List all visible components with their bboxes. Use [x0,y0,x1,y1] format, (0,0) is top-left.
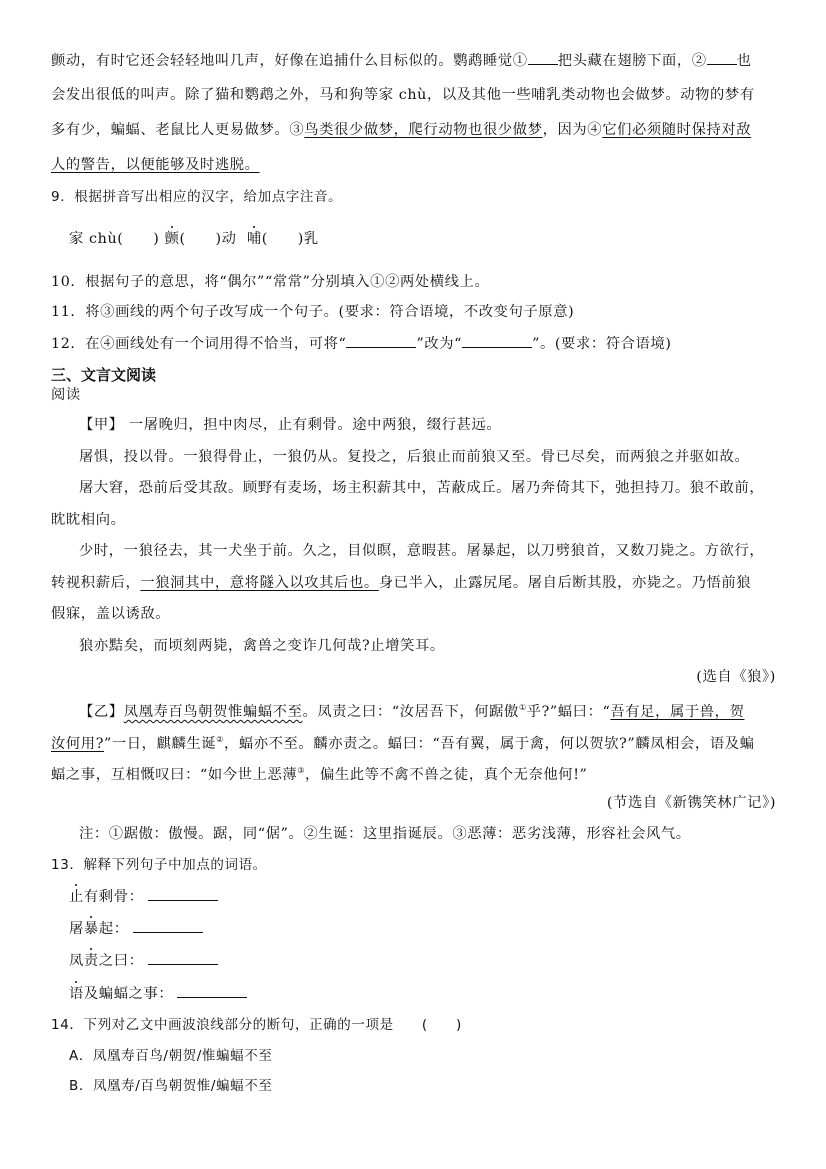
jia-paragraph-1: 【甲】 一屠晚归，担中肉尽，止有剩骨。途中两狼，缀行甚远。 [79,415,501,435]
text: 凤 [69,953,84,969]
dotted-char: 颤 [165,229,180,249]
jia-paragraph-4c: 假寐，盖以诱敌。 [51,604,170,624]
blank-replacement-word[interactable] [462,333,532,348]
question-14-option-a[interactable]: A．凤凰寿百鸟/朝贺/惟蝙蝠不至 [69,1046,272,1066]
question-12: 12．在④画线处有一个词用得不恰当，可将“”改为“”。(要求：符合语境) [51,333,672,354]
text: ”一日，麒麟生诞 [104,736,216,752]
text: ，因为④ [543,122,603,138]
passage-line-4: 人的警告，以便能够及时逃脱。 [51,155,260,175]
text: 颤动，有时它还会轻轻地叫几声，好像在追捕什么目标似的。鹦鹉睡觉① [51,53,528,69]
text: 也 [737,53,752,69]
answer-blank[interactable] [177,983,247,998]
answer-blank[interactable] [148,950,218,965]
text: 有剩骨： [84,889,144,905]
text: 【乙】 [79,704,124,720]
jia-paragraph-2: 屠惧，投以骨。一狼得骨止，一狼仍从。复投之，后狼止而前狼又至。骨已尽矣，而两狼之… [79,447,749,467]
text: 12．在④画线处有一个词用得不恰当，可将“ [51,336,346,352]
section-title: 三、文言文阅读 [51,365,156,385]
underlined-phrase: 吾有足，属于兽，贺 [610,704,744,720]
text: ，偏生此等不禽不兽之徒，真个无奈他何!” [305,767,587,783]
jia-source: (选自《狼》) [696,667,776,687]
text: 多有少，蝙蝠、老鼠比人更易做梦。③ [51,122,304,138]
dotted-char: 暴 [84,919,99,939]
jia-paragraph-4b: 转视积薪后，一狼洞其中，意将隧入以攻其后也。身已半入，止露尻尾。屠自后断其股，亦… [51,573,751,593]
text: 之曰： [99,953,144,969]
underlined-phrase: 汝何用? [51,736,104,752]
answer-blank[interactable] [133,918,203,933]
text: 乎?”蝠曰：“ [527,704,611,720]
blank-2[interactable] [707,50,737,65]
question-9-answers: 家 chù( ) 颤( )动 哺( )乳 [69,229,319,249]
answer-blank[interactable] [148,886,218,901]
dotted-char: 哺 [247,229,262,249]
blank-1[interactable] [528,50,558,65]
text: 把头藏在翅膀下面，② [558,53,707,69]
yi-line-1: 【乙】凤凰寿百鸟朝贺惟蝙蝠不至。凤责之曰：“汝居吾下，何踞傲①乎?”蝠曰：“吾有… [79,698,744,722]
text: 身已半入，止露尻尾。屠自后断其股，亦毙之。乃悟前狼 [379,575,751,591]
question-13-item-3: 凤责之曰： [69,950,218,971]
jia-paragraph-5: 狼亦黠矣，而顷刻两毙，禽兽之变诈几何哉?止增笑耳。 [79,636,445,656]
text: 转视积薪后， [51,575,140,591]
yi-line-2: 汝何用?”一日，麒麟生诞②，蝠亦不至。麟亦责之。蝠曰：“吾有翼，属于禽，何以贺欤… [51,730,755,754]
question-13-item-2: 屠暴起： [69,918,203,939]
passage-line-1: 颤动，有时它还会轻轻地叫几声，好像在追捕什么目标似的。鹦鹉睡觉①把头藏在翅膀下面… [51,50,752,71]
answer-slot-chan[interactable]: ( )动 [179,231,236,247]
text: 及蝙蝠之事： [84,986,173,1002]
question-10: 10．根据句子的意思，将“偶尔”“常常”分别填入①②两处横线上。 [51,272,489,292]
exam-page: 颤动，有时它还会轻轻地叫几声，好像在追捕什么目标似的。鹦鹉睡觉①把头藏在翅膀下面… [0,0,826,1169]
underlined-sentence-3: 鸟类很少做梦，爬行动物也很少做梦 [304,122,542,138]
question-13-item-4: 语及蝙蝠之事： [69,983,247,1004]
question-14-stem: 14．下列对乙文中画波浪线部分的断句，正确的一项是 ( ) [51,1015,462,1035]
question-11: 11．将③画线的两个句子改写成一个句子。(要求：符合语境，不改变句子原意) [51,302,574,322]
jia-paragraph-4a: 少时，一狼径去，其一犬坐于前。久之，目似瞑，意暇甚。屠暴起，以刀劈狼首，又数刀毙… [79,541,764,561]
wavy-underlined-phrase: 凤凰寿百鸟朝贺惟蝙蝠不至 [124,704,303,720]
yi-source: (节选自《新镌笑林广记》) [607,793,776,813]
text: 。凤责之曰：“汝居吾下，何踞傲 [302,704,518,720]
text: 蝠之事，互相慨叹曰：“如今世上恶薄 [51,767,297,783]
underlined-sentence-4: 它们必须随时保持对敌 [602,122,751,138]
underlined-sentence-4-cont: 人的警告，以便能够及时逃脱。 [51,157,260,173]
dotted-char: 止 [69,887,84,907]
text: ”。(要求：符合语境) [532,336,671,352]
question-13-item-1: 止有剩骨： [69,886,218,907]
jia-paragraph-3b: 眈眈相向。 [51,510,125,530]
question-14-option-b[interactable]: B．凤凰寿/百鸟朝贺惟/蝙蝠不至 [69,1076,272,1096]
blank-original-word[interactable] [346,333,416,348]
question-9-stem: 9．根据拼音写出相应的汉字，给加点字注音。 [51,187,342,207]
text: ，蝠亦不至。麟亦责之。蝠曰：“吾有翼，属于禽，何以贺欤?”麟凤相会，语及蝙 [224,736,755,752]
section-subtitle: 阅读 [51,385,81,405]
question-13-stem: 13．解释下列句子中加点的词语。 [51,855,267,875]
underlined-sentence: 一狼洞其中，意将隧入以攻其后也。 [140,575,378,591]
footnote-marker: ① [519,703,527,712]
passage-line-2: 会发出很低的叫声。除了猫和鹦鹉之外，马和狗等家 chù，以及其他一些哺乳类动物也… [51,85,755,105]
answer-slot-bu[interactable]: ( )乳 [262,231,319,247]
yi-line-3: 蝠之事，互相慨叹曰：“如今世上恶薄③，偏生此等不禽不兽之徒，真个无奈他何!” [51,761,587,785]
jia-paragraph-3a: 屠大窘，恐前后受其敌。顾野有麦场，场主积薪其中，苫蔽成丘。屠乃奔倚其下，弛担持刀… [79,478,764,498]
footnote-marker: ② [216,735,224,744]
dotted-char: 语 [69,984,84,1004]
text: 起： [99,921,129,937]
text: 屠 [69,921,84,937]
text: ”改为“ [416,336,462,352]
passage-line-3: 多有少，蝙蝠、老鼠比人更易做梦。③鸟类很少做梦，爬行动物也很少做梦，因为④它们必… [51,120,751,140]
answer-slot-chu[interactable]: 家 chù( ) [69,231,159,247]
footnote-marker: ③ [297,766,305,775]
dotted-char: 责 [84,951,99,971]
yi-notes: 注：①踞傲：傲慢。踞，同“倨”。②生诞：这里指诞辰。③恶薄：恶劣浅薄，形容社会风… [79,824,691,844]
